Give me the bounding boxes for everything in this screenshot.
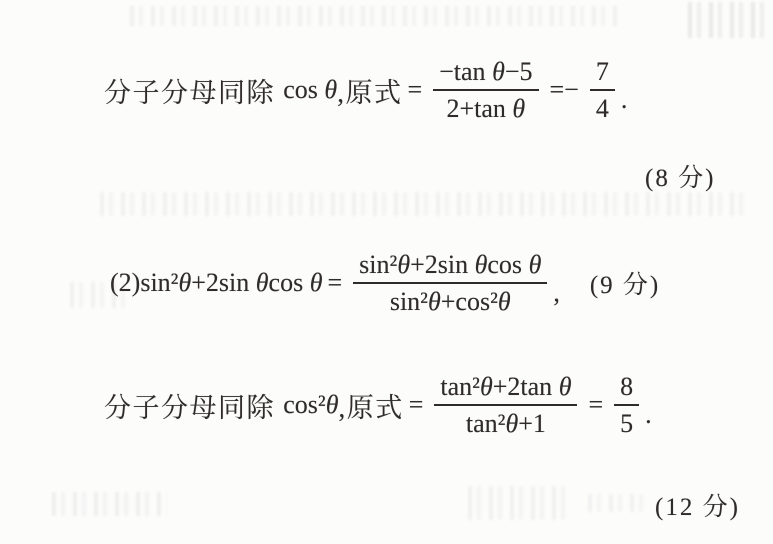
bleedthrough-middle-strip bbox=[100, 192, 745, 216]
line2-comma: , bbox=[553, 278, 560, 308]
scanned-solution-page: 分子分母同除 cos θ ,原式 = −tan θ−5 2+tan θ =− 7… bbox=[0, 0, 773, 544]
line2-theta-1: θ bbox=[178, 268, 191, 298]
line1-main-fraction: −tan θ−5 2+tan θ bbox=[433, 58, 538, 122]
line3-num-tan2: tan² bbox=[440, 372, 480, 401]
score-mark-9: (9 分) bbox=[590, 265, 660, 301]
line1-equals-sign: = bbox=[407, 75, 422, 105]
line1-period: . bbox=[621, 85, 628, 115]
solution-line-3: 分子分母同除 cos² θ ,原式 = tan²θ+2tan θ tan²θ+1… bbox=[104, 367, 652, 443]
line3-den-tan2: tan² bbox=[466, 409, 506, 438]
bleedthrough-bottom-middle bbox=[468, 486, 568, 520]
bleedthrough-top-strip bbox=[130, 6, 620, 26]
bleedthrough-bottom-right bbox=[588, 494, 650, 512]
line3-theta: θ bbox=[326, 390, 339, 420]
line3-den-plus1: +1 bbox=[518, 409, 546, 438]
line2-equals-sign: = bbox=[328, 268, 343, 298]
line2-num-theta3: θ bbox=[529, 250, 542, 279]
line2-den-theta1: θ bbox=[428, 287, 441, 316]
line1-theta: θ bbox=[324, 75, 337, 105]
line1-numerator: −tan θ−5 bbox=[433, 58, 538, 90]
line3-lead-text: 分子分母同除 bbox=[104, 386, 283, 425]
solution-line-1: 分子分母同除 cos θ ,原式 = −tan θ−5 2+tan θ =− 7… bbox=[104, 52, 627, 128]
line3-denominator: tan²θ+1 bbox=[460, 406, 552, 437]
line2-sin-squared: sin² bbox=[140, 268, 178, 298]
line2-den-sin2: sin² bbox=[390, 287, 428, 316]
solution-line-2: (2) sin² θ +2sin θ cos θ = sin²θ+2sin θc… bbox=[110, 245, 660, 321]
line3-equals-sign-2: = bbox=[588, 390, 603, 420]
line2-theta-2: θ bbox=[256, 268, 269, 298]
line1-den-theta: θ bbox=[512, 94, 525, 123]
line3-yuanshi-text: ,原式 bbox=[338, 386, 403, 425]
line1-num-theta: θ bbox=[492, 57, 505, 86]
line1-num-tail: −5 bbox=[505, 57, 533, 86]
line2-num-plus2sin: +2sin bbox=[410, 250, 475, 279]
line2-item-number: (2) bbox=[110, 268, 140, 298]
line2-num-theta2: θ bbox=[475, 250, 488, 279]
line2-cos: cos bbox=[269, 268, 310, 298]
line3-answer-denominator: 5 bbox=[614, 406, 639, 437]
line2-numerator: sin²θ+2sin θcos θ bbox=[353, 251, 547, 283]
line2-num-sin2: sin² bbox=[359, 250, 397, 279]
bleedthrough-bottom-left bbox=[52, 492, 167, 516]
line3-numerator: tan²θ+2tan θ bbox=[434, 373, 577, 405]
line2-plus-2sin: +2sin bbox=[191, 268, 256, 298]
line1-denominator: 2+tan θ bbox=[440, 91, 531, 122]
line1-cos-function: cos bbox=[283, 75, 324, 105]
line1-yuanshi-text: ,原式 bbox=[337, 71, 402, 110]
line3-main-fraction: tan²θ+2tan θ tan²θ+1 bbox=[434, 373, 577, 437]
line3-num-theta2: θ bbox=[559, 372, 572, 401]
line2-fraction: sin²θ+2sin θcos θ sin²θ+cos²θ bbox=[353, 251, 547, 315]
line3-equals-sign: = bbox=[409, 390, 424, 420]
score-mark-8: (8 分) bbox=[645, 158, 715, 194]
line3-num-plus2tan: +2tan bbox=[493, 372, 559, 401]
line2-denominator: sin²θ+cos²θ bbox=[384, 284, 517, 315]
line1-lead-text: 分子分母同除 bbox=[104, 71, 283, 110]
line1-num-text: −tan bbox=[439, 57, 492, 86]
line1-answer-denominator: 4 bbox=[590, 91, 615, 122]
line2-num-theta1: θ bbox=[397, 250, 410, 279]
line3-cos-squared: cos² bbox=[283, 390, 325, 420]
line3-answer-numerator: 8 bbox=[614, 373, 639, 405]
line1-answer-fraction: 7 4 bbox=[590, 58, 615, 122]
line2-den-theta2: θ bbox=[498, 287, 511, 316]
line3-den-theta1: θ bbox=[505, 409, 518, 438]
line1-answer-numerator: 7 bbox=[590, 58, 615, 90]
line2-den-plus-cos2: +cos² bbox=[441, 287, 498, 316]
score-mark-12: (12 分) bbox=[655, 487, 740, 523]
line2-num-cos: cos bbox=[487, 250, 528, 279]
line3-period: . bbox=[645, 400, 652, 430]
line3-answer-fraction: 8 5 bbox=[614, 373, 639, 437]
line1-den-text: 2+tan bbox=[446, 94, 512, 123]
line2-theta-3: θ bbox=[310, 268, 323, 298]
line1-equals-minus-sign: =− bbox=[550, 75, 579, 105]
bleedthrough-top-right-blob bbox=[688, 2, 768, 38]
line3-num-theta1: θ bbox=[480, 372, 493, 401]
